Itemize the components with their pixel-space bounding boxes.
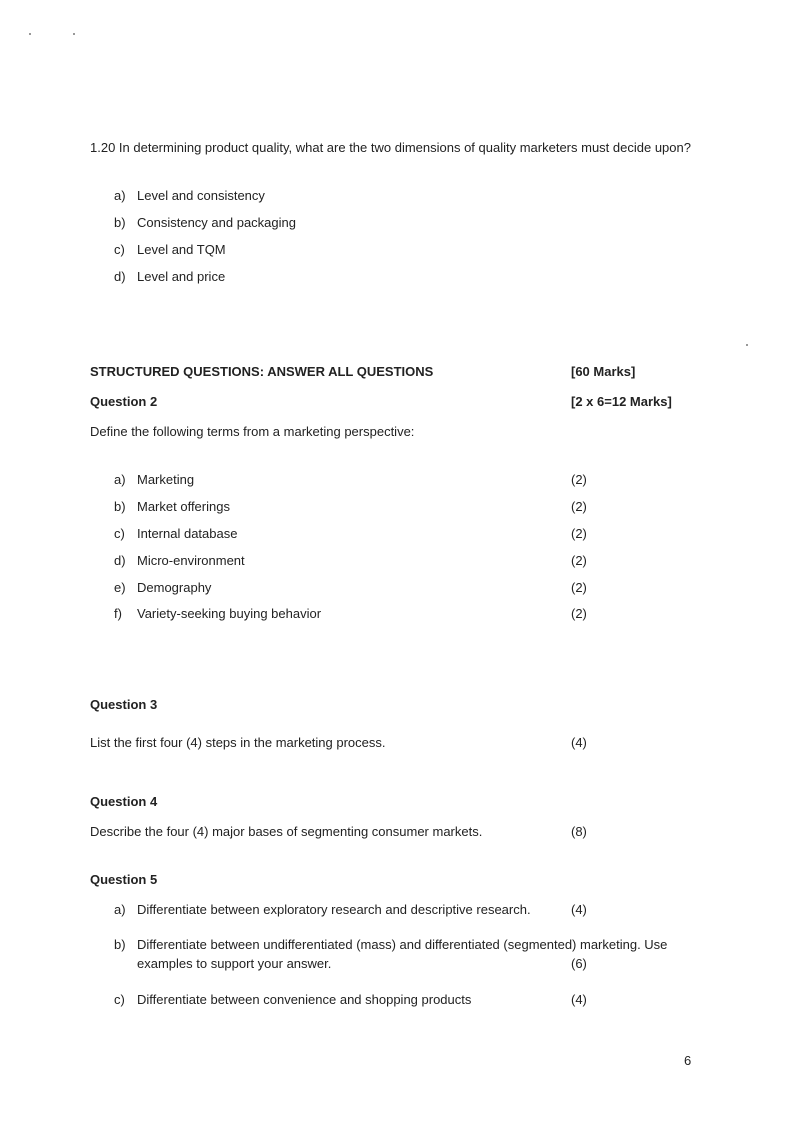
item-text-continued: examples to support your answer. xyxy=(137,956,331,971)
item-label: d) xyxy=(114,553,126,568)
question-2-title: Question 2 xyxy=(90,394,157,409)
item-text: Micro-environment xyxy=(137,553,245,568)
item-text: Marketing xyxy=(137,472,194,487)
option-text: Level and consistency xyxy=(137,188,265,203)
item-label: b) xyxy=(114,937,126,952)
item-text: Differentiate between undifferentiated (… xyxy=(137,937,667,952)
item-text: Variety-seeking buying behavior xyxy=(137,606,321,621)
scan-speck xyxy=(746,344,748,346)
item-marks: (2) xyxy=(571,606,587,621)
question-2-marks: [2 x 6=12 Marks] xyxy=(571,394,672,409)
item-marks: (2) xyxy=(571,580,587,595)
item-text: Internal database xyxy=(137,526,237,541)
item-marks: (2) xyxy=(571,499,587,514)
item-marks: (2) xyxy=(571,526,587,541)
question-4-text: Describe the four (4) major bases of seg… xyxy=(90,824,482,839)
option-text: Level and TQM xyxy=(137,242,226,257)
question-4-title: Question 4 xyxy=(90,794,157,809)
item-text: Market offerings xyxy=(137,499,230,514)
item-label: c) xyxy=(114,526,125,541)
option-label: d) xyxy=(114,269,126,284)
section-title: STRUCTURED QUESTIONS: ANSWER ALL QUESTIO… xyxy=(90,364,433,379)
question-1-20-text: 1.20 In determining product quality, wha… xyxy=(90,138,700,157)
question-4-marks: (8) xyxy=(571,824,587,839)
question-3-text: List the first four (4) steps in the mar… xyxy=(90,735,386,750)
section-marks: [60 Marks] xyxy=(571,364,635,379)
item-marks: (4) xyxy=(571,902,587,917)
option-label: b) xyxy=(114,215,126,230)
option-text: Level and price xyxy=(137,269,225,284)
scan-speck xyxy=(29,33,31,35)
item-marks: (6) xyxy=(571,956,587,971)
item-label: f) xyxy=(114,606,122,621)
scan-speck xyxy=(73,33,75,35)
question-3-title: Question 3 xyxy=(90,697,157,712)
item-label: e) xyxy=(114,580,126,595)
page-number: 6 xyxy=(684,1053,691,1068)
item-label: a) xyxy=(114,902,126,917)
item-label: c) xyxy=(114,992,125,1007)
option-text: Consistency and packaging xyxy=(137,215,296,230)
option-label: c) xyxy=(114,242,125,257)
item-text: Differentiate between exploratory resear… xyxy=(137,902,531,917)
question-2-instruction: Define the following terms from a market… xyxy=(90,424,414,439)
question-3-marks: (4) xyxy=(571,735,587,750)
item-label: a) xyxy=(114,472,126,487)
question-5-title: Question 5 xyxy=(90,872,157,887)
item-marks: (2) xyxy=(571,472,587,487)
item-marks: (4) xyxy=(571,992,587,1007)
item-label: b) xyxy=(114,499,126,514)
item-text: Demography xyxy=(137,580,211,595)
option-label: a) xyxy=(114,188,126,203)
item-text: Differentiate between convenience and sh… xyxy=(137,992,471,1007)
item-marks: (2) xyxy=(571,553,587,568)
